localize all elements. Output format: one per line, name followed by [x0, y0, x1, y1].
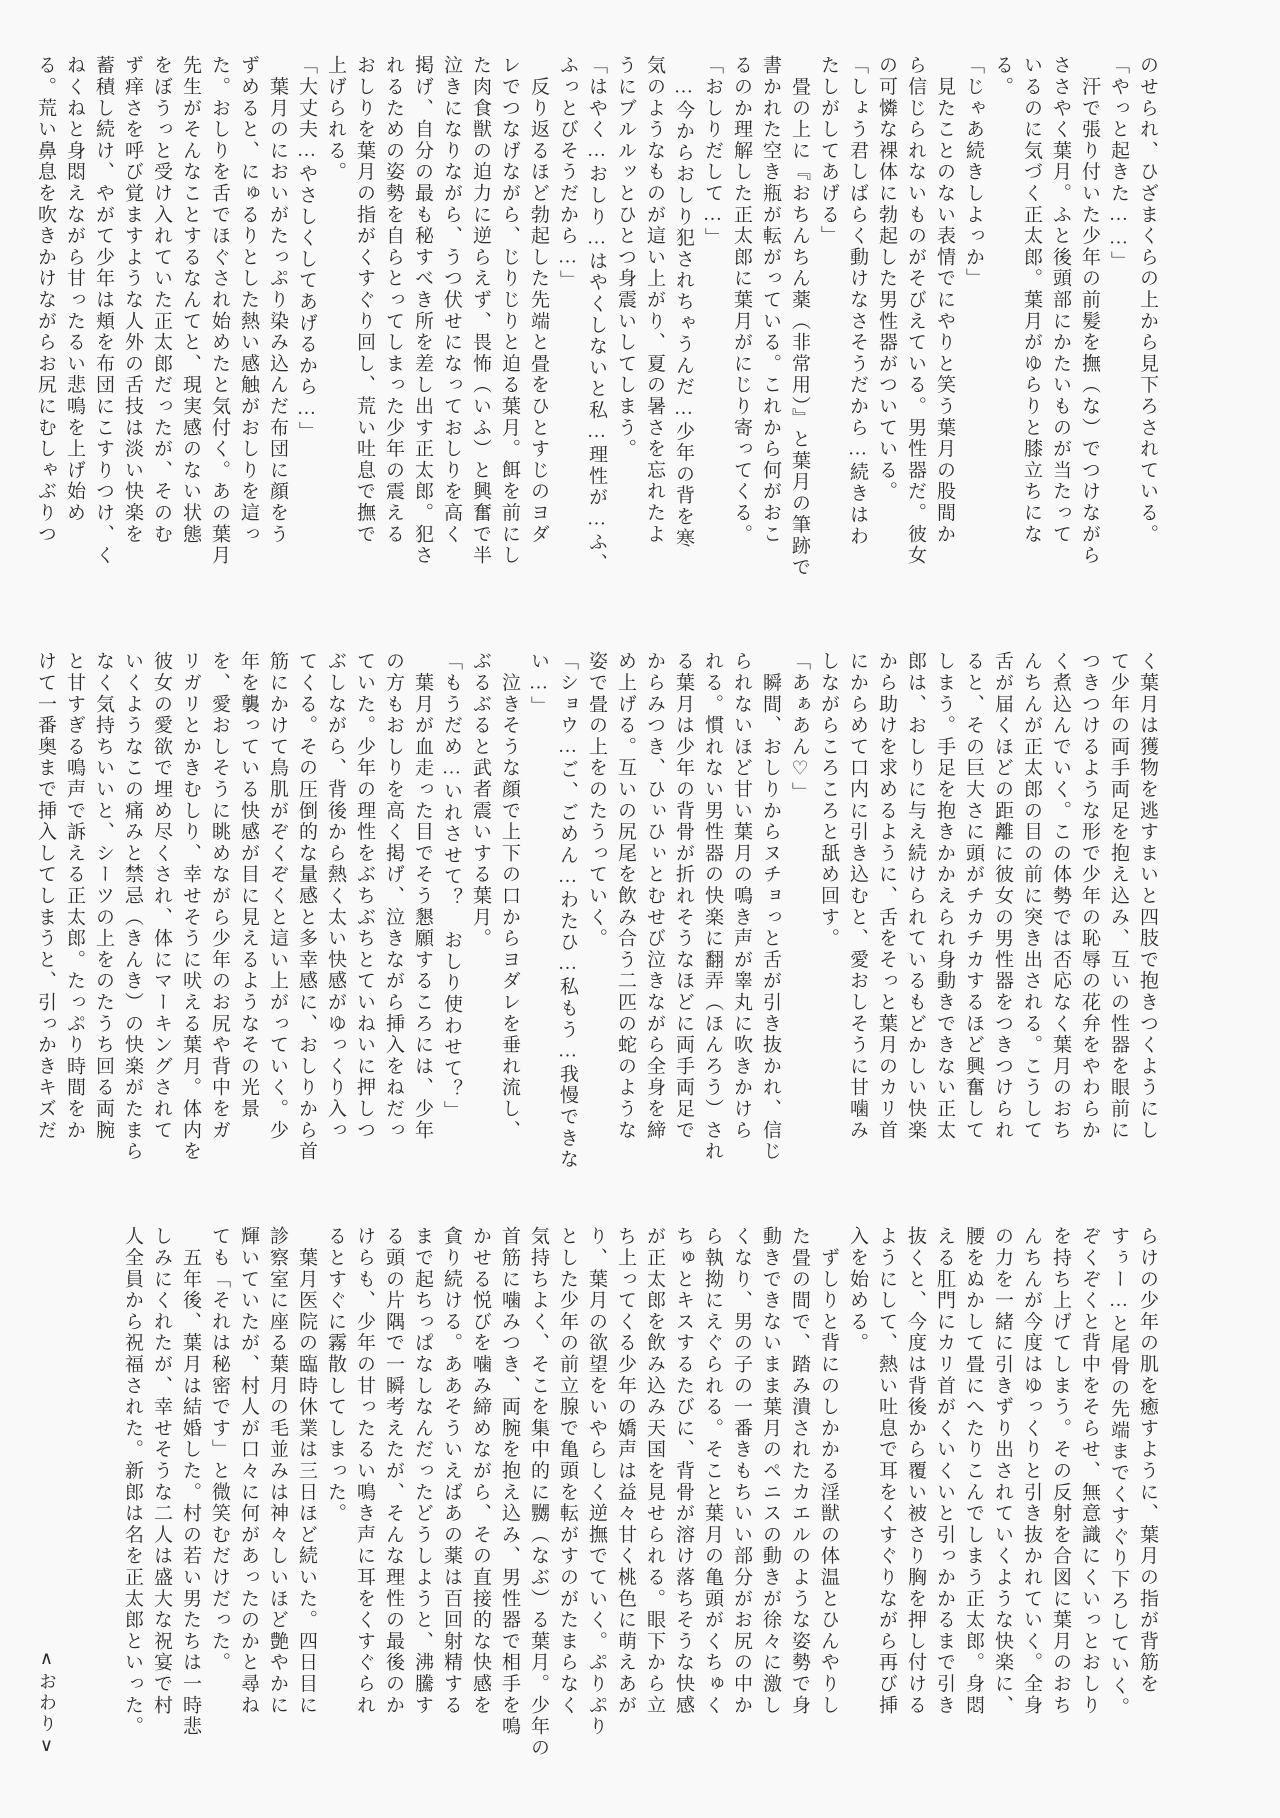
novel-page: のせられ、ひざまくらの上から見下ろされている。 「やっと起きた……」 汗で張り付… [0, 0, 1280, 1818]
text-block-bottom: らけの少年の肌を癒すように、葉月の指が背筋を すぅー…と尾骨の先端までくすぐり下… [118, 1226, 1162, 1774]
text-block-middle: く葉月は獲物を逃すまいと四肢で抱きつくようにし て少年の両手両足を抱え込み、互い… [31, 651, 1162, 1199]
text-block-top: のせられ、ひざまくらの上から見下ろされている。 「やっと起きた……」 汗で張り付… [31, 55, 1162, 603]
end-mark: ∧おわり∨ [34, 1648, 60, 1759]
